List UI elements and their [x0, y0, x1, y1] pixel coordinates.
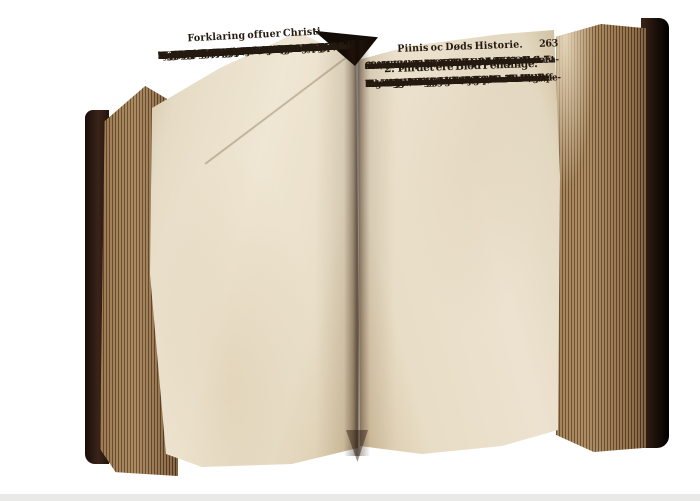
photo-background: Forklaring offuer Christi lacium. Gaza, … [0, 0, 700, 501]
gutter-shadow [344, 40, 370, 456]
catchword: Gala- [325, 40, 350, 55]
table-edge [0, 494, 700, 501]
page-block-fore-edge-right [556, 24, 646, 452]
catchword: Off- [538, 71, 556, 86]
signature-mark: Cc ij [452, 75, 472, 87]
right-page-text: Piinis oc Døds Historie. 263 Galater/ ca… [364, 37, 557, 92]
open-page-left [142, 24, 364, 474]
open-page-right [352, 26, 568, 466]
page-number: 263 [539, 37, 558, 52]
